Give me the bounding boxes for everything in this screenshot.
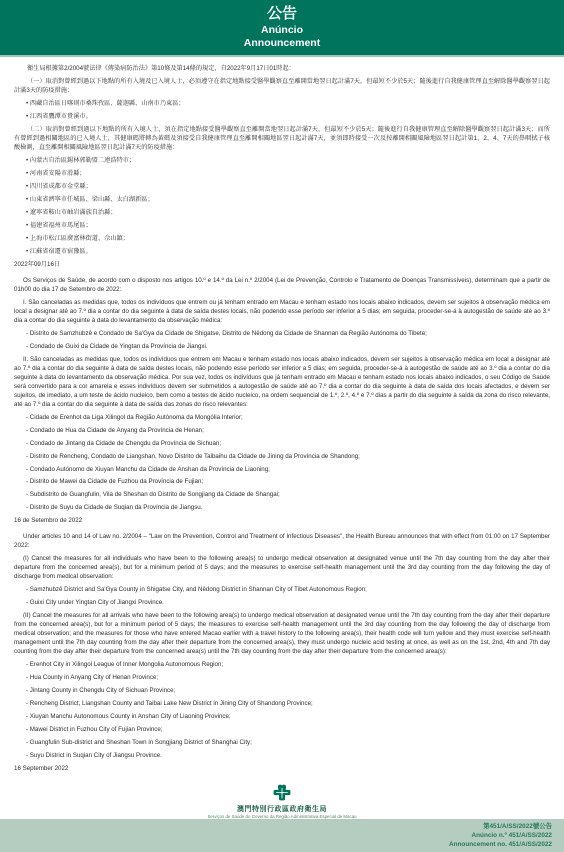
org-name-zh: 澳門特別行政區政府衛生局: [0, 806, 564, 814]
list-item: Subdistrito de Guangfulin, Vila de Shesh…: [14, 491, 550, 500]
announcement-reference-band: 第451/A/SS/2022號公告 Anúncio n.º 451/A/SS/2…: [0, 819, 564, 852]
list-item: 江蘇省宿遷市宿豫區。: [14, 248, 550, 257]
list-item: Guixi City under Yingtan City of Jiangxi…: [14, 599, 550, 608]
list-item: Xiuyan Manchu Autonomous County in Ansha…: [14, 713, 550, 722]
list-item: 江西省鷹潭市貴溪市。: [14, 113, 550, 122]
paragraph-pt-measure-2: II. São canceladas as medidas que, todos…: [14, 356, 550, 410]
date-pt: 16 de Setembro de 2022: [14, 517, 550, 526]
paragraph-en-measure-1: (I) Cancel the measures for all individu…: [14, 555, 550, 582]
page-title-pt: Anúncio: [0, 24, 564, 38]
section-chinese: 衛生局根據第2/2004號法律《傳染病防治法》第10條及第14條的規定，自202…: [14, 65, 550, 270]
paragraph-en-measure-2: (II) Cancel the measures for all arrival…: [14, 612, 550, 657]
paragraph-zh-measure-2: （二）取消對曾經到過以下地點的所有入境人士，須在指定地點接受醫學觀察直至離開當地…: [14, 126, 550, 153]
list-item: Distrito de Suyu da Cidade de Suqian da …: [14, 504, 550, 513]
list-item: Rencheng District, Liangshan County and …: [14, 700, 550, 709]
affected-areas-list-zh-2: 內蒙古自治區錫林郭勒盟二連浩特市；河南省安陽市滑縣；四川省成都市金堂縣；山東省濟…: [14, 157, 550, 257]
date-zh: 2022年09月16日: [14, 261, 550, 270]
list-item: Suyu District in Suqian City of Jiangsu …: [14, 752, 550, 761]
announcement-number-en: Announcement no. 451/A/SS/2022: [449, 840, 552, 849]
list-item: 山東省濟寧市任城區、梁山縣、太白湖新區；: [14, 196, 550, 205]
list-item: Guangfulin Sub-district and Sheshan Town…: [14, 739, 550, 748]
paragraph-zh-measure-1: （一）取消對曾經到過以下地點的所有入境及已入境人士，必須遵守在指定地點接受醫學觀…: [14, 78, 550, 96]
affected-areas-list-pt-2: Cidade de Erenhot da Liga Xilingol da Re…: [14, 414, 550, 514]
list-item: Erenhot City in Xilingol League of Inner…: [14, 661, 550, 670]
list-item: Condado Autónomo de Xiuyan Manchu da Cid…: [14, 466, 550, 475]
list-item: Distrito de Samzhubzê e Condado de Sa'Gy…: [14, 330, 550, 339]
list-item: Samzhubzê District and Sa'Gya County in …: [14, 586, 550, 595]
section-english: Under articles 10 and 14 of Law no. 2/20…: [14, 533, 550, 774]
list-item: 遼寧省鞍山市岫岩滿族自治縣；: [14, 209, 550, 218]
section-portuguese: Os Serviços de Saúde, de acordo com o di…: [14, 277, 550, 527]
health-bureau-logo: 澳門特別行政區政府衛生局 Serviços de Saúde do Govern…: [0, 781, 564, 820]
affected-areas-list-en-2: Erenhot City in Xilingol League of Inner…: [14, 661, 550, 761]
list-item: 內蒙古自治區錫林郭勒盟二連浩特市；: [14, 157, 550, 166]
paragraph-zh-intro: 衛生局根據第2/2004號法律《傳染病防治法》第10條及第14條的規定，自202…: [14, 65, 550, 74]
affected-areas-list-en-1: Samzhubzê District and Sa'Gya County in …: [14, 586, 550, 608]
list-item: Hua County in Anyang City of Henan Provi…: [14, 674, 550, 683]
list-item: 河南省安陽市滑縣；: [14, 170, 550, 179]
list-item: 上海市松江區廣富林街道、佘山鎮；: [14, 235, 550, 244]
page-title-zh: 公告: [0, 5, 564, 24]
paragraph-pt-intro: Os Serviços de Saúde, de acordo com o di…: [14, 277, 550, 295]
list-item: Condado de Hua da Cidade de Anyang da Pr…: [14, 427, 550, 436]
announcement-page: 公告 Anúncio Announcement 衛生局根據第2/2004號法律《…: [0, 0, 564, 852]
list-item: 福建省福州市馬尾區；: [14, 222, 550, 231]
list-item: Condado de Jintang da Cidade de Chengdu …: [14, 440, 550, 449]
list-item: Cidade de Erenhot da Liga Xilingol da Re…: [14, 414, 550, 423]
announcement-body: 衛生局根據第2/2004號法律《傳染病防治法》第10條及第14條的規定，自202…: [0, 57, 564, 781]
announcement-header: 公告 Anúncio Announcement: [0, 0, 564, 57]
affected-areas-list-zh-1: 西藏自治區日喀則市桑珠孜區、薩迦縣、山南市乃東區；江西省鷹潭市貴溪市。: [14, 100, 550, 122]
page-title-en: Announcement: [0, 37, 564, 51]
list-item: Distrito de Mawei da Cidade de Fuzhou da…: [14, 478, 550, 487]
health-bureau-cross-icon: [273, 788, 291, 805]
list-item: Mawei District in Fuzhou City of Fujian …: [14, 726, 550, 735]
list-item: Jintang County in Chengdu City of Sichua…: [14, 687, 550, 696]
announcement-number-pt: Anúncio n.º 451/A/SS/2022: [472, 831, 552, 840]
paragraph-pt-measure-1: I. São canceladas as medidas que, todos …: [14, 299, 550, 326]
affected-areas-list-pt-1: Distrito de Samzhubzê e Condado de Sa'Gy…: [14, 330, 550, 352]
list-item: Distrito de Rencheng, Condado de Liangsh…: [14, 453, 550, 462]
paragraph-en-intro: Under articles 10 and 14 of Law no. 2/20…: [14, 533, 550, 551]
list-item: 西藏自治區日喀則市桑珠孜區、薩迦縣、山南市乃東區；: [14, 100, 550, 109]
date-en: 16 September 2022: [14, 765, 550, 774]
announcement-number-zh: 第451/A/SS/2022號公告: [483, 822, 552, 831]
list-item: Condado de Guixi da Cidade de Yingtan da…: [14, 343, 550, 352]
list-item: 四川省成都市金堂縣；: [14, 183, 550, 192]
